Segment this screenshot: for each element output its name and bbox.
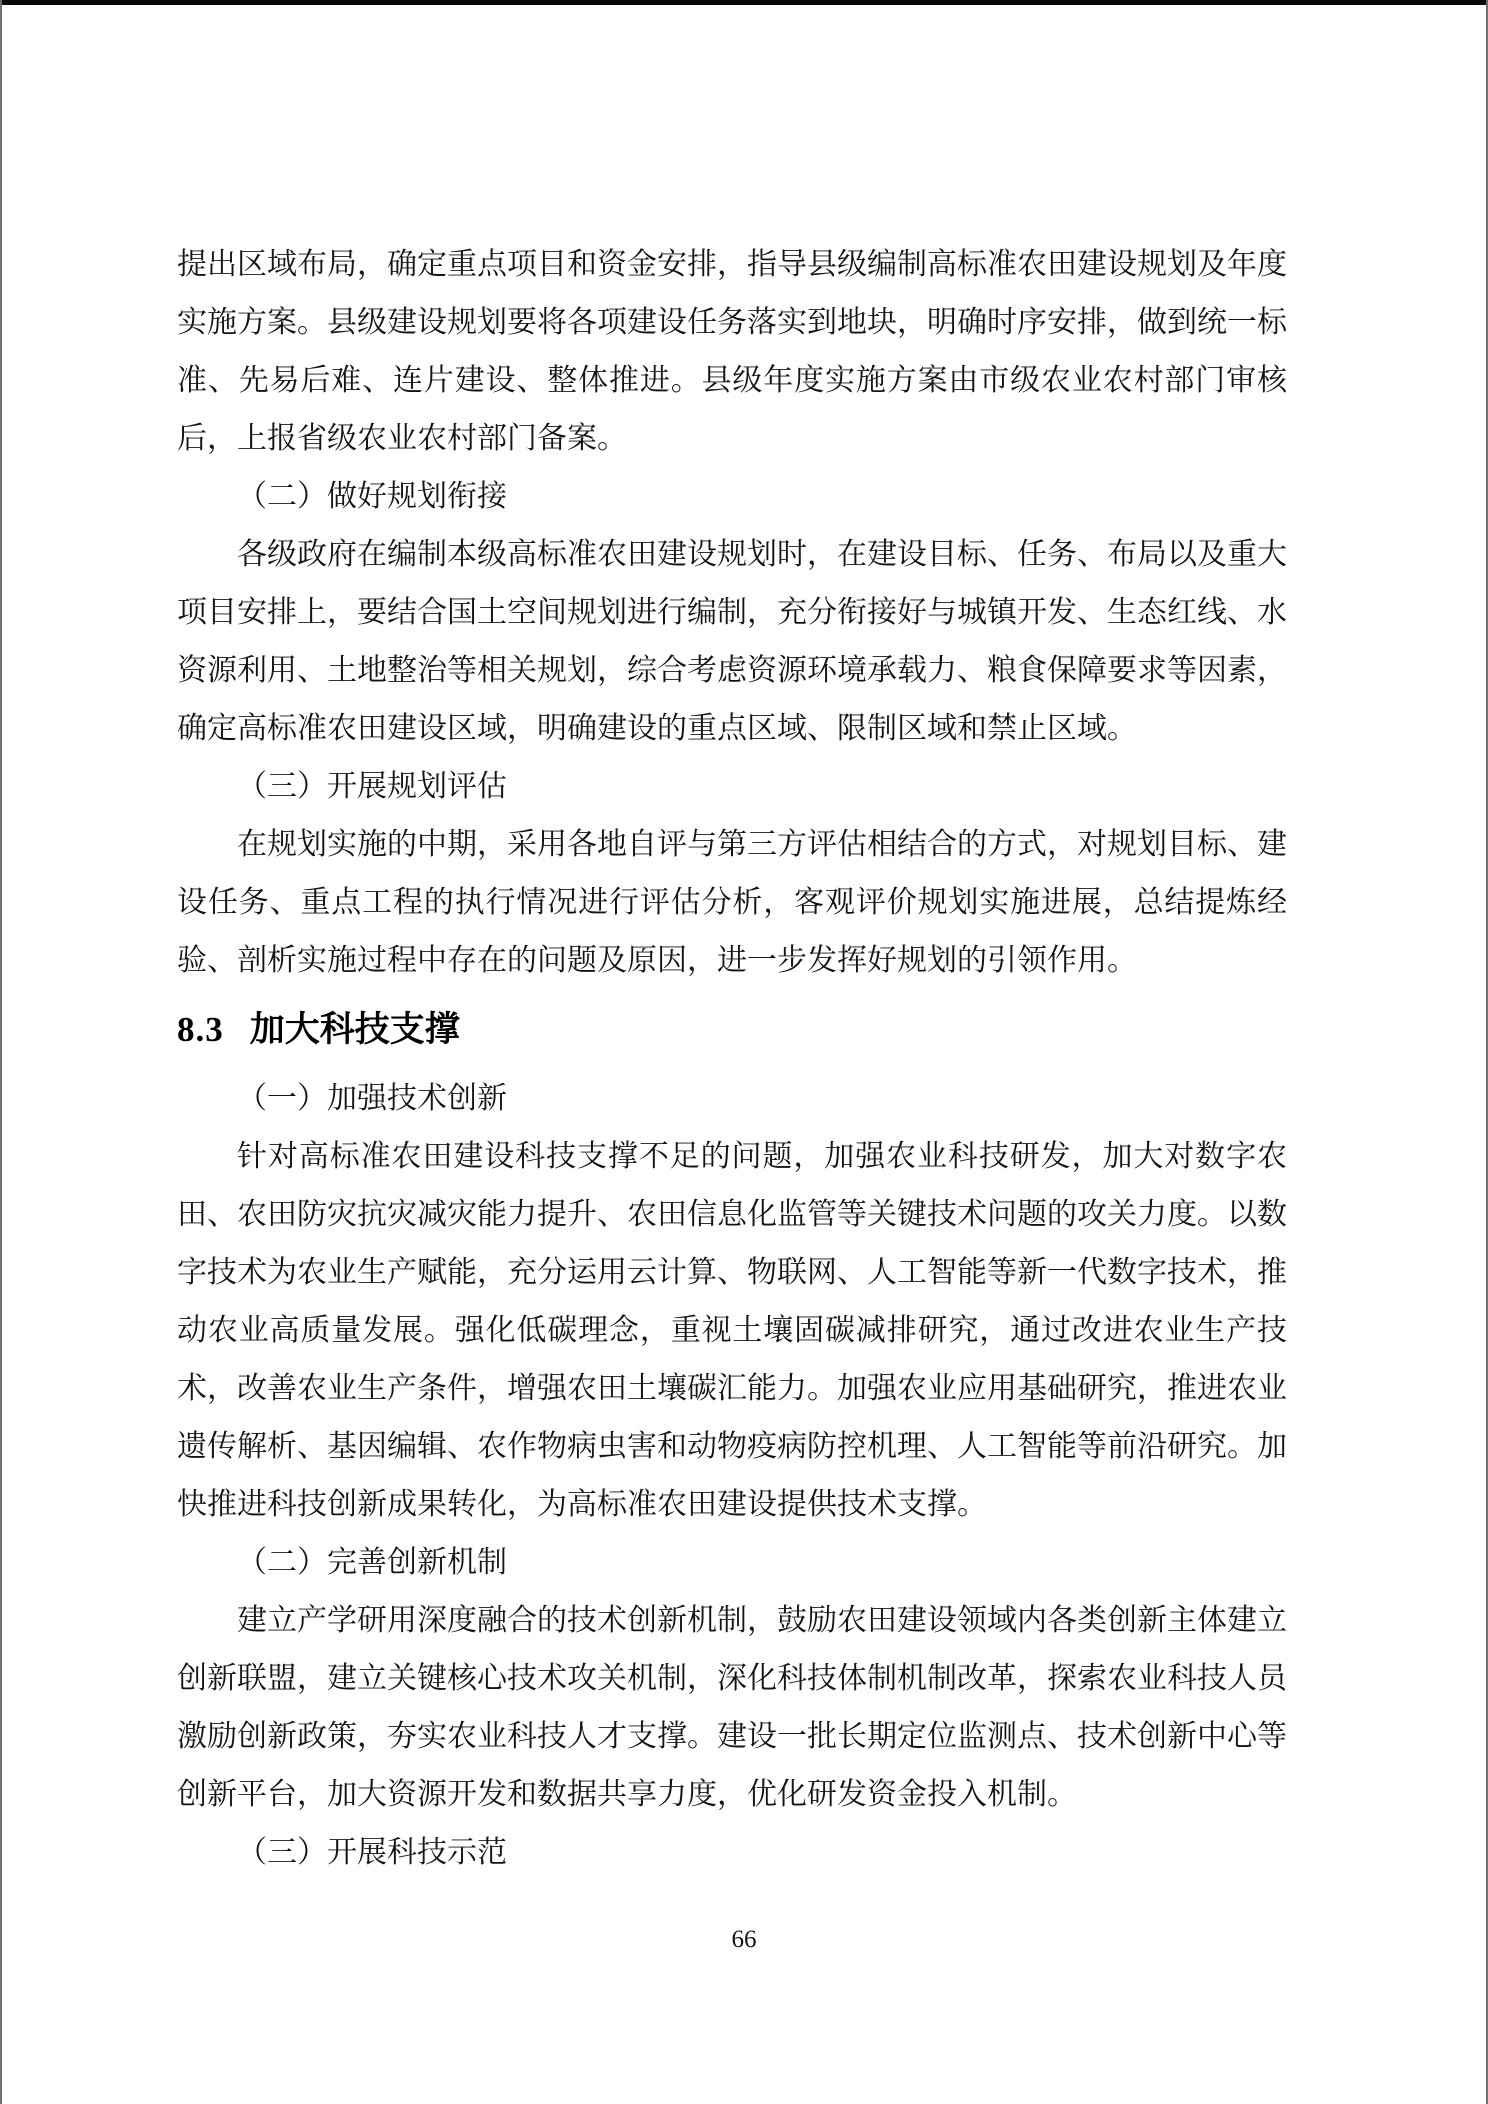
body-line: 设任务、重点工程的执行情况进行评估分析，客观评价规划实施进展，总结提炼经 <box>177 874 1287 932</box>
body-line: 激励创新政策，夯实农业科技人才支撑。建设一批长期定位监测点、技术创新中心等 <box>177 1708 1287 1766</box>
subsection-title: （一）加强技术创新 <box>177 1070 1287 1128</box>
document-page: 提出区域布局，确定重点项目和资金安排，指导县级编制高标准农田建设规划及年度实施方… <box>0 0 1488 2104</box>
body-line: 各级政府在编制本级高标准农田建设规划时，在建设目标、任务、布局以及重大 <box>177 526 1287 584</box>
body-line: 实施方案。县级建设规划要将各项建设任务落实到地块，明确时序安排，做到统一标 <box>177 294 1287 352</box>
page-body: 提出区域布局，确定重点项目和资金安排，指导县级编制高标准农田建设规划及年度实施方… <box>177 236 1287 1882</box>
body-line: 确定高标准农田建设区域，明确建设的重点区域、限制区域和禁止区域。 <box>177 700 1287 758</box>
body-line: 在规划实施的中期，采用各地自评与第三方评估相结合的方式，对规划目标、建 <box>177 816 1287 874</box>
page-number: 66 <box>732 1926 757 1953</box>
body-line: 术，改善农业生产条件，增强农田土壤碳汇能力。加强农业应用基础研究，推进农业 <box>177 1360 1287 1418</box>
body-line: 资源利用、土地整治等相关规划，综合考虑资源环境承载力、粮食保障要求等因素， <box>177 642 1287 700</box>
page-footer: 66 <box>0 1920 1488 1960</box>
body-line: 遗传解析、基因编辑、农作物病虫害和动物疫病防控机理、人工智能等前沿研究。加 <box>177 1418 1287 1476</box>
section-heading: 8.3加大科技支撑 <box>177 990 1287 1070</box>
body-line: 字技术为农业生产赋能，充分运用云计算、物联网、人工智能等新一代数字技术，推 <box>177 1244 1287 1302</box>
page-left-edge-line <box>0 0 2 2104</box>
subsection-title: （二）完善创新机制 <box>177 1534 1287 1592</box>
body-line: 准、先易后难、连片建设、整体推进。县级年度实施方案由市级农业农村部门审核 <box>177 352 1287 410</box>
subsection-title: （三）开展科技示范 <box>177 1824 1287 1882</box>
body-line: 提出区域布局，确定重点项目和资金安排，指导县级编制高标准农田建设规划及年度 <box>177 236 1287 294</box>
section-title: 加大科技支撑 <box>250 1010 460 1049</box>
body-line: 验、剖析实施过程中存在的问题及原因，进一步发挥好规划的引领作用。 <box>177 932 1287 990</box>
body-line: 快推进科技创新成果转化，为高标准农田建设提供技术支撑。 <box>177 1476 1287 1534</box>
body-line: 创新平台，加大资源开发和数据共享力度，优化研发资金投入机制。 <box>177 1766 1287 1824</box>
subsection-title: （三）开展规划评估 <box>177 758 1287 816</box>
body-line: 针对高标准农田建设科技支撑不足的问题，加强农业科技研发，加大对数字农 <box>177 1128 1287 1186</box>
section-number: 8.3 <box>177 1010 224 1049</box>
page-top-edge-bar <box>0 0 1488 5</box>
body-line: 创新联盟，建立关键核心技术攻关机制，深化科技体制机制改革，探索农业科技人员 <box>177 1650 1287 1708</box>
body-line: 田、农田防灾抗灾减灾能力提升、农田信息化监管等关键技术问题的攻关力度。以数 <box>177 1186 1287 1244</box>
body-line: 后，上报省级农业农村部门备案。 <box>177 410 1287 468</box>
body-line: 建立产学研用深度融合的技术创新机制，鼓励农田建设领域内各类创新主体建立 <box>177 1592 1287 1650</box>
subsection-title: （二）做好规划衔接 <box>177 468 1287 526</box>
body-line: 动农业高质量发展。强化低碳理念，重视土壤固碳减排研究，通过改进农业生产技 <box>177 1302 1287 1360</box>
body-line: 项目安排上，要结合国土空间规划进行编制，充分衔接好与城镇开发、生态红线、水 <box>177 584 1287 642</box>
